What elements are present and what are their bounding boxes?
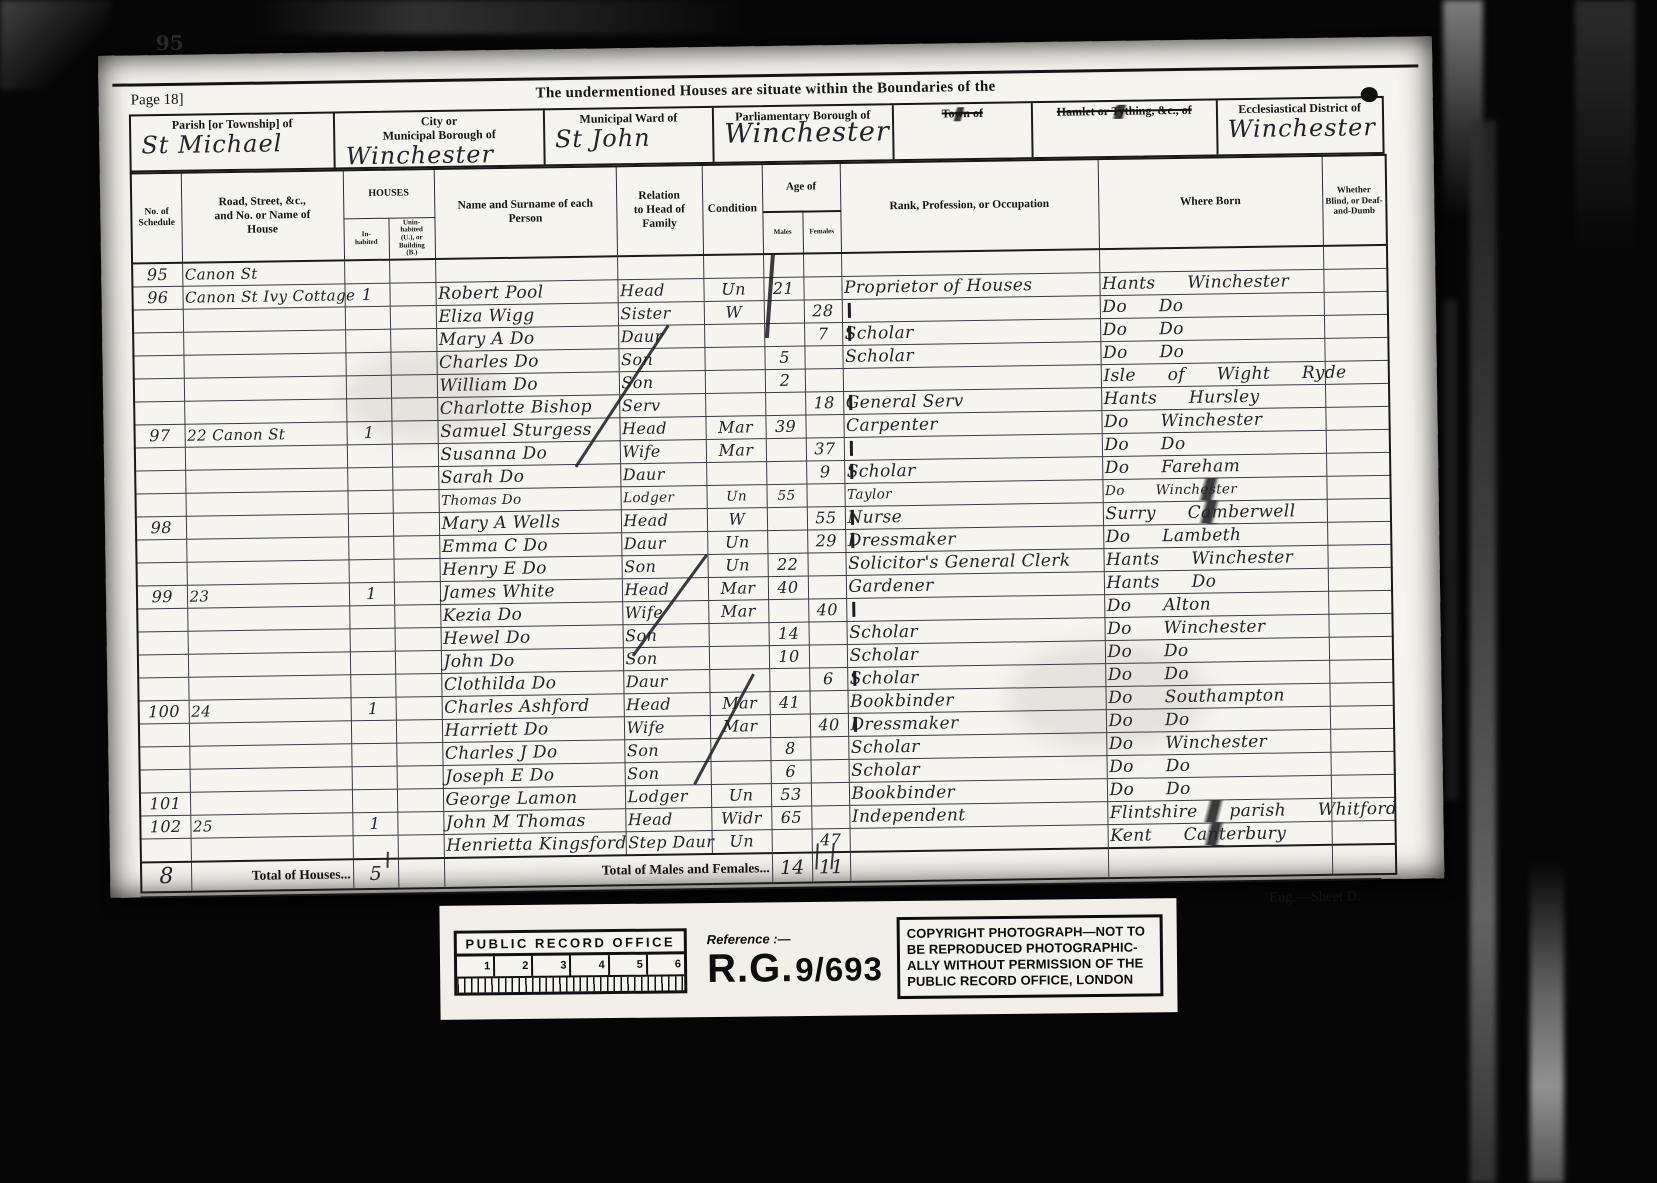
relation: Son [623,623,709,647]
stamp-title: PUBLIC RECORD OFFICE [457,931,684,956]
relation: Son [624,738,710,762]
schedule-number [138,677,188,701]
blind-deaf [1323,245,1387,269]
relation: Head [624,692,710,716]
condition [705,370,765,394]
age-female [811,759,849,783]
totals-schedule-mark: 8 [141,862,191,893]
age-male: 5 [764,346,804,370]
person-name: William Do [437,372,619,398]
age-female [809,644,847,668]
age-female: 40 [808,598,846,622]
col-header-relation: Relation to Head of Family [616,165,703,256]
person-name: Hewel Do [441,625,623,651]
where-born: Hants Winchester [1103,545,1327,571]
ruler-number: 2 [495,955,533,975]
col-header-schedule: No. of Schedule [131,173,182,264]
houses-inhabited [346,375,391,399]
condition: Mar [708,577,768,601]
relation: Head [617,278,703,302]
where-born: Surry Camberwell [1103,499,1327,525]
district-cell-5: Hamlet or Tything, &c., of [1033,100,1218,157]
age-female [805,368,843,392]
road-name: 22 Canon St [184,422,346,447]
blind-deaf [1325,383,1389,407]
col-header-uninhabited: Unin- habited (U.), or Building (B.) [388,217,435,260]
person-name: Henry E Do [440,556,622,582]
relation: Daur [621,531,707,555]
relation: Head [622,577,708,601]
age-male [765,392,805,416]
age-female: 7 [804,322,842,346]
houses-inhabited: 1 [351,697,396,721]
schedule-number [139,746,189,770]
condition: Un [712,830,772,854]
age-female [803,253,841,277]
houses-inhabited [352,766,397,790]
houses-inhabited [351,743,396,767]
scan-streak [0,0,110,90]
age-female [810,690,848,714]
road-name [184,376,346,401]
blind-deaf [1323,268,1387,292]
age-male [772,829,812,853]
road-name [190,767,352,792]
road-name [184,399,346,424]
where-born: Flintshire parish Whitford [1107,798,1331,824]
houses-uninhabited [392,466,438,490]
age-female: 40 [810,713,848,737]
ruler-scale: 1 2 3 4 5 6 [457,954,684,978]
scan-streak [1530,860,1564,1183]
road-name [185,445,347,470]
houses-uninhabited [391,374,437,398]
road-name: 23 [187,583,349,608]
age-male: 41 [770,691,810,715]
schedule-number: 97 [134,424,184,448]
district-value: St John [555,123,713,153]
person-name: Mary A Wells [439,510,621,536]
col-header-males: Males [762,212,803,255]
houses-uninhabited [394,581,440,605]
age-male: 40 [768,576,808,600]
blind-deaf [1326,452,1390,476]
road-name [187,606,349,631]
scan-streak [1575,0,1635,260]
scan-streak [250,0,750,34]
age-female [805,414,843,438]
schedule-number: 99 [137,585,187,609]
scan-streak [1443,300,1457,800]
blind-deaf [1324,314,1388,338]
where-born: Do Do [1105,660,1329,686]
relation: Lodger [620,485,706,509]
condition: Un [707,531,767,555]
person-name: Charles Ashford [442,694,624,720]
schedule-number [137,608,187,632]
age-female: 55 [807,506,845,530]
blind-deaf [1332,820,1396,844]
age-male [768,599,808,623]
where-born: Do Do [1105,637,1329,663]
road-name: Canon St [182,260,344,286]
col-header-age: Age of [762,163,841,212]
houses-uninhabited [395,627,441,651]
ruler-number: 4 [571,955,609,975]
person-name: Charles J Do [442,740,624,766]
age-female [803,276,841,300]
district-cell-0: Parish [or Township] ofSt Michael [131,113,336,170]
age-male: 39 [765,415,805,439]
schedule-number: 102 [140,815,190,839]
age-male [767,507,807,531]
schedule-number [140,769,190,793]
relation: Head [621,508,707,532]
blind-deaf [1331,774,1395,798]
where-born: Do Winchester [1101,407,1325,433]
road-name [189,744,351,769]
age-male [766,438,806,462]
schedule-number [141,838,191,862]
blind-deaf [1328,590,1392,614]
where-born: Do Winchester [1106,729,1330,755]
houses-uninhabited [397,788,443,812]
blind-deaf [1328,613,1392,637]
copyright-notice: COPYRIGHT PHOTOGRAPH—NOT TO BE REPRODUCE… [897,914,1164,999]
ruler-number: 3 [533,955,571,975]
person-name: John M Thomas [443,809,625,835]
person-name: Emma C Do [439,533,621,559]
col-header-occupation: Rank, Profession, or Occupation [840,159,1099,253]
where-born: Do Winchester [1102,476,1326,502]
age-male: 53 [771,783,811,807]
relation [617,255,703,280]
houses-inhabited [351,720,396,744]
houses-inhabited [347,490,392,514]
schedule-number [138,654,188,678]
condition [704,324,764,348]
condition [709,646,769,670]
age-female: 28 [804,299,842,323]
houses-inhabited [345,306,390,330]
copyright-line: PUBLIC RECORD OFFICE, LONDON [907,972,1153,991]
person-name: Charles Do [436,349,618,375]
houses-inhabited [350,628,395,652]
occupation [850,825,1108,852]
ruler-number: 1 [457,956,495,976]
houses-uninhabited [392,489,438,513]
age-female: 37 [806,437,844,461]
houses-uninhabited [396,696,442,720]
houses-uninhabited [398,834,444,858]
ink-stroke [387,852,389,868]
age-male: 55 [766,484,806,508]
total-houses-value: 5 [353,859,398,890]
houses-inhabited [350,651,395,675]
houses-uninhabited [393,535,439,559]
blind-deaf [1327,498,1391,522]
age-female: 18 [805,391,843,415]
where-born: Do Do [1100,338,1324,364]
relation: Wife [624,715,710,739]
schedule-number [134,378,184,402]
district-value: Winchester [1228,113,1383,143]
where-born: Isle of Wight Ryde [1101,361,1325,387]
person-name: Eliza Wigg [436,303,618,329]
road-name [189,721,351,746]
road-name [188,652,350,677]
age-male [767,530,807,554]
person-name: Charlotte Bishop [437,395,619,421]
houses-uninhabited [389,259,435,283]
houses-inhabited [352,789,397,813]
road-name: 24 [189,698,351,723]
condition [706,462,766,486]
age-male: 65 [771,806,811,830]
condition: Un [707,554,767,578]
where-born [1099,246,1323,273]
district-cell-3: Parliamentary Borough ofWinchester [714,105,894,162]
district-cell-1: City or Municipal Borough ofWinchester [335,110,545,167]
where-born: Hants Hursley [1101,384,1325,410]
scan-streak [1443,0,1483,220]
houses-uninhabited [390,305,436,329]
road-name [185,468,347,493]
blind-deaf [1324,337,1388,361]
district-cell-6: Ecclesiastical District ofWinchester [1217,98,1382,154]
relation: Serv [619,393,705,417]
houses-inhabited [347,467,392,491]
houses-uninhabited [393,512,439,536]
condition [709,669,769,693]
schedule-number: 95 [132,263,182,287]
houses-uninhabited [396,719,442,743]
age-male: 8 [770,737,810,761]
age-male: 22 [767,553,807,577]
road-name [188,675,350,700]
houses-uninhabited [393,558,439,582]
person-name: Kezia Do [440,602,622,628]
blind-deaf [1329,682,1393,706]
houses-uninhabited [389,282,435,306]
reference-value: R.G.9/693 [707,947,877,989]
where-born: Do Fareham [1102,453,1326,479]
condition: Mar [708,600,768,624]
blind-deaf [1326,475,1390,499]
age-female: 6 [809,667,847,691]
condition: Un [706,485,766,509]
houses-uninhabited [391,420,437,444]
district-value: St Michael [141,128,334,159]
age-male: 10 [769,645,809,669]
where-born: Do Do [1102,430,1326,456]
total-males-value: 14 [772,852,812,883]
relation: Head [625,807,711,831]
relation: Wife [620,439,706,463]
road-name [187,560,349,585]
person-name: James White [440,579,622,605]
where-born: Do Southampton [1105,683,1329,709]
blind-deaf [1330,728,1394,752]
person-name [435,256,617,282]
person-name: Joseph E Do [443,763,625,789]
condition: W [707,508,767,532]
where-born: Hants Do [1104,568,1328,594]
district-cell-4: Town of [893,103,1033,159]
relation: Daur [623,669,709,693]
condition: Un [711,784,771,808]
houses-uninhabited [395,650,441,674]
pro-stamp: PUBLIC RECORD OFFICE 1 2 3 4 5 6 Referen… [439,898,1177,1020]
pro-ruler: PUBLIC RECORD OFFICE 1 2 3 4 5 6 [454,928,688,995]
where-born: Do Lambeth [1103,522,1327,548]
blind-deaf [1327,544,1391,568]
age-female: 9 [806,460,844,484]
scan-streak [1470,120,1496,1183]
blind-deaf [1324,291,1388,315]
col-header-condition: Condition [702,164,763,255]
ruler-number: 5 [610,954,648,974]
person-name: John Do [441,648,623,674]
age-male [766,461,806,485]
condition: Un [703,278,763,302]
age-male: 2 [765,369,805,393]
relation: Sister [618,301,704,325]
where-born: Hants Winchester [1099,269,1323,295]
road-name [185,491,347,516]
col-header-road: Road, Street, &c., and No. or Name of Ho… [181,170,344,262]
houses-inhabited [347,444,392,468]
total-males-females-label: Total of Males and Females... [444,853,772,888]
road-name [183,330,345,355]
schedule-number [139,723,189,747]
schedule-number [134,401,184,425]
houses-inhabited [348,513,393,537]
houses-uninhabited [392,443,438,467]
col-header-blind: Whether Blind, or Deaf- and-Dumb [1322,155,1387,246]
where-born: Do Winchester [1104,614,1328,640]
age-male: 14 [768,622,808,646]
age-male [764,323,804,347]
ruler-ticks [457,976,684,992]
person-name: Robert Pool [435,280,617,306]
blind-deaf [1329,659,1393,683]
schedule-number [133,355,183,379]
age-female [808,575,846,599]
houses-inhabited [346,398,391,422]
age-female [811,782,849,806]
district-cell-2: Municipal Ward ofSt John [545,108,715,165]
houses-uninhabited [390,328,436,352]
relation: Head [619,416,705,440]
houses-inhabited: 1 [346,421,391,445]
schedule-number [138,631,188,655]
age-male [770,714,810,738]
schedule-number [136,539,186,563]
road-name [186,514,348,539]
houses-inhabited [345,352,390,376]
schedule-number [135,447,185,471]
person-name: Harriett Do [442,717,624,743]
where-born: Do Do [1107,752,1331,778]
houses-inhabited: 1 [352,812,397,836]
person-name: Thomas Do [438,487,620,513]
age-female [804,345,842,369]
district-label: Town of [893,106,1031,122]
houses-inhabited [349,605,394,629]
census-table: No. of Schedule Road, Street, &c., and N… [130,154,1398,894]
census-page: 95 Page 18] The undermentioned Houses ar… [98,36,1444,898]
col-header-born: Where Born [1098,156,1323,249]
age-male: 6 [771,760,811,784]
age-female [806,483,844,507]
blind-deaf [1326,429,1390,453]
houses-uninhabited [397,765,443,789]
houses-inhabited [350,674,395,698]
condition [711,761,771,785]
road-name: Canon St Ivy Cottage [182,284,344,309]
col-header-houses: HOUSES [343,169,435,218]
condition [703,254,763,278]
relation: Daur [620,462,706,486]
road-name: 25 [190,813,352,838]
where-born: Do Alton [1104,591,1328,617]
houses-uninhabited [390,351,436,375]
blind-deaf [1330,751,1394,775]
where-born: Do Do [1107,775,1331,801]
relation: Son [618,347,704,371]
schedule-number: 101 [140,792,190,816]
houses-uninhabited [394,604,440,628]
houses-inhabited [348,536,393,560]
schedule-number: 96 [132,286,182,310]
road-name [191,836,353,862]
ruler-number: 6 [648,954,684,974]
person-name: Susanna Do [438,441,620,467]
schedule-number [137,562,187,586]
condition: Mar [705,416,765,440]
district-label: Hamlet or Tything, &c., of [1033,103,1216,120]
houses-inhabited [344,260,389,284]
age-female [810,736,848,760]
road-name [186,537,348,562]
houses-inhabited [353,835,398,859]
where-born: Do Do [1100,292,1324,318]
relation: Lodger [625,784,711,808]
houses-uninhabited [391,397,437,421]
houses-uninhabited [395,673,441,697]
houses-inhabited [349,559,394,583]
person-name: Sarah Do [438,464,620,490]
age-female [811,805,849,829]
person-name: George Lamon [443,786,625,812]
age-female: 29 [807,529,845,553]
condition: W [704,301,764,325]
col-header-inhabited: In- habited [343,218,389,261]
houses-uninhabited [397,811,443,835]
schedule-number: 98 [136,516,186,540]
pencil-mark: 95 [156,31,184,55]
road-name [183,353,345,378]
col-header-females: Females [802,211,841,253]
relation: Step Daur [626,830,712,855]
district-value: Winchester [724,116,892,149]
blind-deaf [1328,567,1392,591]
houses-uninhabited [396,742,442,766]
where-born: Kent Canterbury [1108,821,1332,848]
person-name: Clothilda Do [441,671,623,697]
condition [709,623,769,647]
